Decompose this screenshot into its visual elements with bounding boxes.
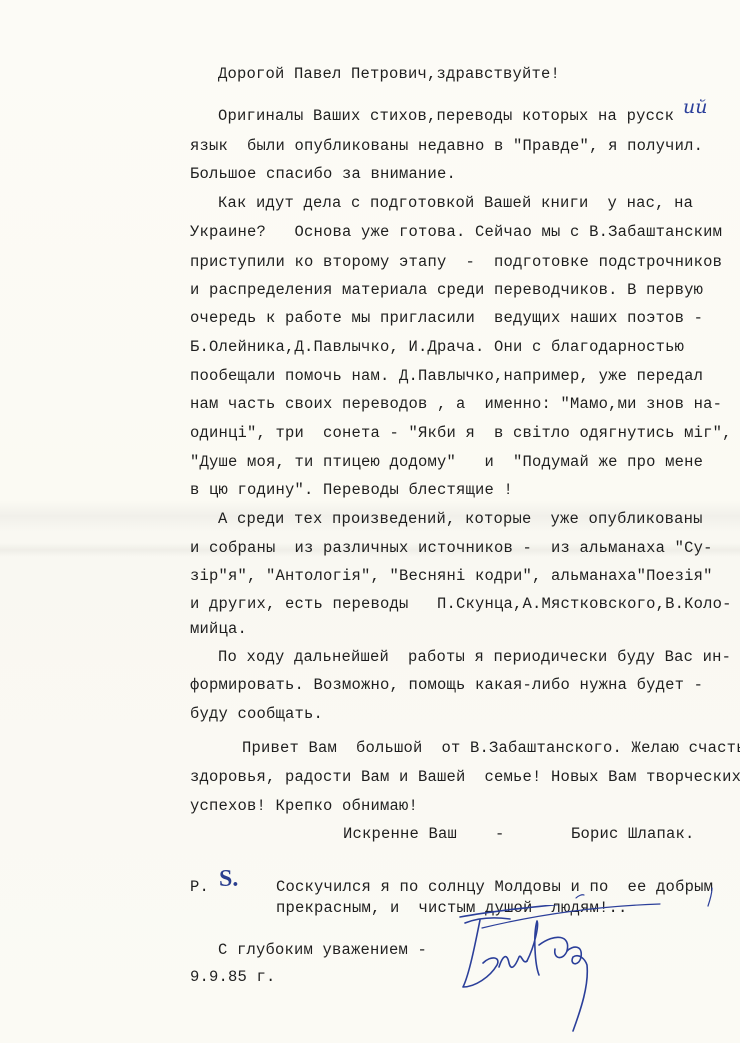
body-line: язык были опубликованы недавно в "Правде… [190,136,703,156]
body-line: "Душе моя, ти птицею додому" и "Подумай … [190,452,703,472]
body-line: зір"я", "Антологія", "Весняні кодри", ал… [190,566,713,586]
body-line: Привет Вам большой от В.Забаштанского. Ж… [242,738,740,758]
greeting: Дорогой Павел Петрович,здравствуйте! [218,64,560,84]
body-line: приступили ко второму этапу - подготовке… [190,252,722,272]
pen-stroke-icon [480,880,720,930]
body-line: Украине? Основа уже готова. Сейчао мы с … [190,222,722,242]
body-line: успехов! Крепко обнимаю! [190,796,418,816]
body-line: и собраны из различных источников - из а… [190,538,713,558]
body-line: очередь к работе мы пригласили ведущих н… [190,308,703,328]
body-line: А среди тех произведений, которые уже оп… [218,509,703,529]
body-line: По ходу дальнейшей работы я периодически… [218,647,731,667]
letter-page: Дорогой Павел Петрович,здравствуйте! Ори… [0,0,740,1043]
body-line: Оригиналы Ваших стихов,переводы которых … [218,106,674,126]
body-line: Б.Олейника,Д.Павлычко, И.Драча. Они с бл… [190,337,684,357]
body-line: пообещали помочь нам. Д.Павлычко,наприме… [190,366,703,386]
body-line: формировать. Возможно, помощь какая-либо… [190,675,703,695]
regards-line: С глубоким уважением - [218,940,427,960]
body-line: здоровья, радости Вам и Вашей семье! Нов… [190,767,740,787]
body-line: одинці", три сонета - "Якби я в світло о… [190,423,732,443]
body-line: Большое спасибо за внимание. [190,164,456,184]
body-line: Как идут дела с подготовкой Вашей книги … [218,193,693,213]
ps-label: Р. [190,877,209,897]
body-line: в цю годину". Переводы блестящие ! [190,480,513,500]
ps-handwritten-s: S. [219,866,238,893]
closing-line: Искренне Ваш - Борис Шлапак. [343,824,695,844]
handwritten-correction: ий [683,96,707,118]
body-line: буду сообщать. [190,704,323,724]
date: 9.9.85 г. [190,967,276,987]
body-line: мийца. [190,619,247,639]
body-line: и распределения материала среди переводч… [190,280,703,300]
body-line: и других, есть переводы П.Скунца,А.Мястк… [190,594,732,614]
body-line: нам часть своих переводов , а именно: "М… [190,394,722,414]
